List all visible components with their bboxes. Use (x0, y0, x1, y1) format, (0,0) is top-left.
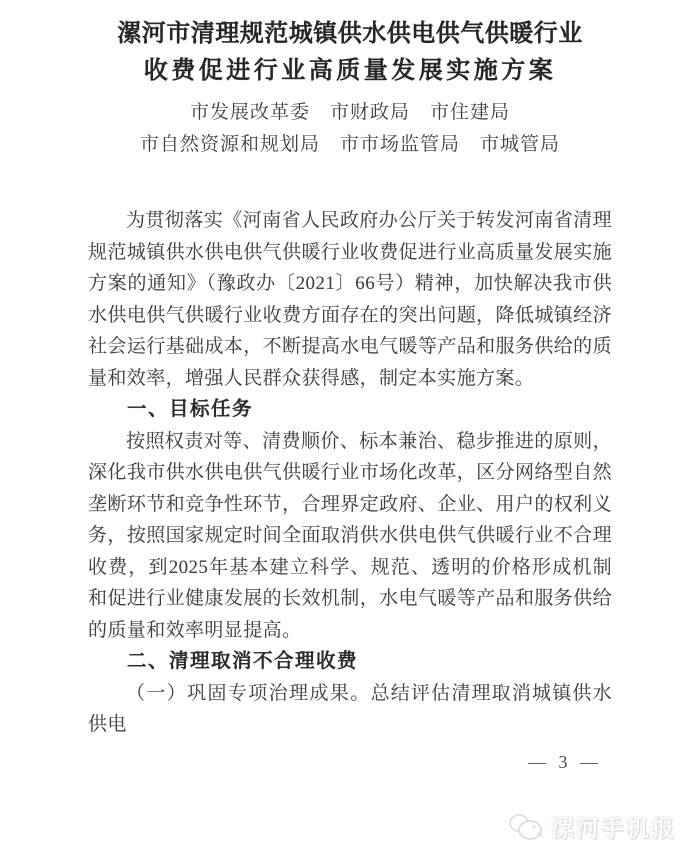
body-paragraph: 为贯彻落实《河南省人民政府办公厅关于转发河南省清理规范城镇供水供电供气供暖行业收… (88, 205, 612, 394)
agencies-line2: 市自然资源和规划局 市市场监管局 市城管局 (0, 129, 700, 161)
body-paragraph: 按照权责对等、清费顺价、标本兼治、稳步推进的原则，深化我市供水供电供气供暖行业市… (88, 426, 612, 647)
paragraph-lead: （一）巩固专项治理成果。 (126, 683, 371, 704)
agencies-line1: 市发展改革委 市财政局 市住建局 (0, 97, 700, 129)
page-number: — 3 — (0, 752, 700, 773)
section-heading: 二、清理取消不合理收费 (88, 646, 612, 678)
body-paragraph: （一）巩固专项治理成果。总结评估清理取消城镇供水供电 (88, 678, 612, 741)
section-heading: 一、目标任务 (88, 394, 612, 426)
watermark-label: 漯河手机报 (551, 810, 676, 843)
document-page: 漯河市清理规范城镇供水供电供气供暖行业 收费促进行业高质量发展实施方案 市发展改… (0, 0, 700, 857)
issuing-agencies: 市发展改革委 市财政局 市住建局 市自然资源和规划局 市市场监管局 市城管局 (0, 97, 700, 161)
watermark: 漯河手机报 (507, 810, 676, 843)
document-title: 漯河市清理规范城镇供水供电供气供暖行业 收费促进行业高质量发展实施方案 (0, 0, 700, 90)
document-title-line1: 漯河市清理规范城镇供水供电供气供暖行业 (0, 16, 700, 53)
document-title-line2: 收费促进行业高质量发展实施方案 (0, 53, 700, 90)
mascot-icon (507, 811, 545, 843)
document-body: 为贯彻落实《河南省人民政府办公厅关于转发河南省清理规范城镇供水供电供气供暖行业收… (0, 205, 700, 741)
